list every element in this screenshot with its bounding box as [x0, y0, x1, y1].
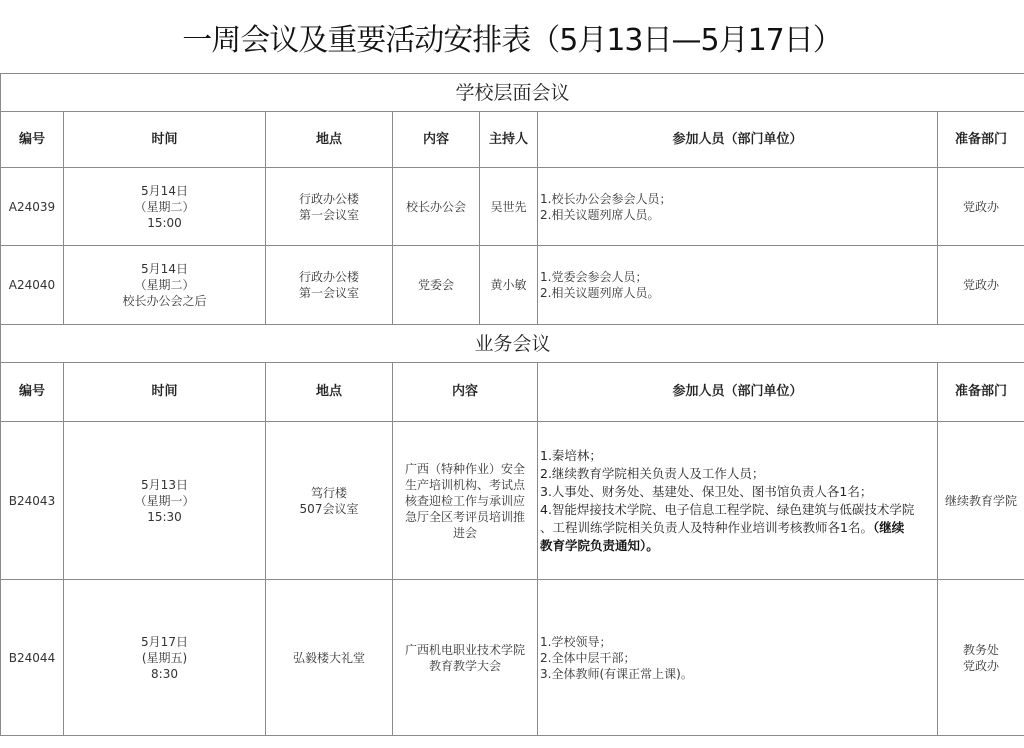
col-header-id: 编号 [1, 363, 64, 422]
meeting-id: A24039 [1, 168, 64, 246]
meeting-attendees: 1.学校领导； 2.全体中层干部； 3.全体教师(有课正常上课)。 [538, 580, 938, 736]
meeting-location: 弘毅楼大礼堂 [266, 580, 393, 736]
schedule-table: 学校层面会议 编号 时间 地点 内容 主持人 参加人员（部门单位） 准备部门 A… [0, 73, 1024, 736]
meeting-time: 5月13日 （星期一） 15:30 [64, 422, 266, 580]
section-title-school: 学校层面会议 [1, 74, 1024, 112]
meeting-content: 广西机电职业技术学院 教育教学大会 [393, 580, 538, 736]
meeting-attendees: 1.党委会参会人员； 2.相关议题列席人员。 [538, 246, 938, 325]
table-row: B24044 5月17日 (星期五) 8:30 弘毅楼大礼堂 广西机电职业技术学… [1, 580, 1024, 736]
col-header-dept: 准备部门 [938, 112, 1024, 168]
meeting-id: B24044 [1, 580, 64, 736]
col-header-content: 内容 [393, 112, 480, 168]
notice-note: （继续 [873, 520, 904, 535]
header-row-school: 编号 时间 地点 内容 主持人 参加人员（部门单位） 准备部门 [1, 112, 1024, 168]
section-title-business: 业务会议 [1, 325, 1024, 363]
page-title: 一周会议及重要活动安排表（5月13日—5月17日） [0, 0, 1024, 73]
meeting-content: 广西（特种作业）安全 生产培训机构、考试点 核查迎检工作与承训应 急厅全区考评员… [393, 422, 538, 580]
col-header-host: 主持人 [480, 112, 538, 168]
table-row: A24040 5月14日 （星期二） 校长办公会之后 行政办公楼 第一会议室 党… [1, 246, 1024, 325]
meeting-location: 行政办公楼 第一会议室 [266, 246, 393, 325]
col-header-content: 内容 [393, 363, 538, 422]
col-header-id: 编号 [1, 112, 64, 168]
meeting-dept: 教务处 党政办 [938, 580, 1024, 736]
meeting-host: 吴世先 [480, 168, 538, 246]
meeting-attendees: 1.秦培林； 2.继续教育学院相关负责人及工作人员； 3.人事处、财务处、基建处… [538, 422, 938, 580]
meeting-time: 5月14日 （星期二） 15:00 [64, 168, 266, 246]
meeting-attendees: 1.校长办公会参会人员； 2.相关议题列席人员。 [538, 168, 938, 246]
meeting-dept: 党政办 [938, 246, 1024, 325]
col-header-location: 地点 [266, 363, 393, 422]
meeting-time: 5月17日 (星期五) 8:30 [64, 580, 266, 736]
meeting-location: 笃行楼 507会议室 [266, 422, 393, 580]
section-school-row: 学校层面会议 [1, 74, 1024, 112]
col-header-attendees: 参加人员（部门单位） [538, 363, 938, 422]
header-row-business: 编号 时间 地点 内容 参加人员（部门单位） 准备部门 [1, 363, 1024, 422]
meeting-id: A24040 [1, 246, 64, 325]
meeting-id: B24043 [1, 422, 64, 580]
col-header-time: 时间 [64, 112, 266, 168]
meeting-host: 黄小敏 [480, 246, 538, 325]
section-business-row: 业务会议 [1, 325, 1024, 363]
table-row: A24039 5月14日 （星期二） 15:00 行政办公楼 第一会议室 校长办… [1, 168, 1024, 246]
col-header-dept: 准备部门 [938, 363, 1024, 422]
table-row: B24043 5月13日 （星期一） 15:30 笃行楼 507会议室 广西（特… [1, 422, 1024, 580]
meeting-content: 党委会 [393, 246, 480, 325]
meeting-dept: 党政办 [938, 168, 1024, 246]
meeting-content: 校长办公会 [393, 168, 480, 246]
meeting-dept: 继续教育学院 [938, 422, 1024, 580]
meeting-time: 5月14日 （星期二） 校长办公会之后 [64, 246, 266, 325]
col-header-attendees: 参加人员（部门单位） [538, 112, 938, 168]
meeting-location: 行政办公楼 第一会议室 [266, 168, 393, 246]
notice-note: 教育学院负责通知）。 [540, 537, 937, 555]
col-header-time: 时间 [64, 363, 266, 422]
col-header-location: 地点 [266, 112, 393, 168]
